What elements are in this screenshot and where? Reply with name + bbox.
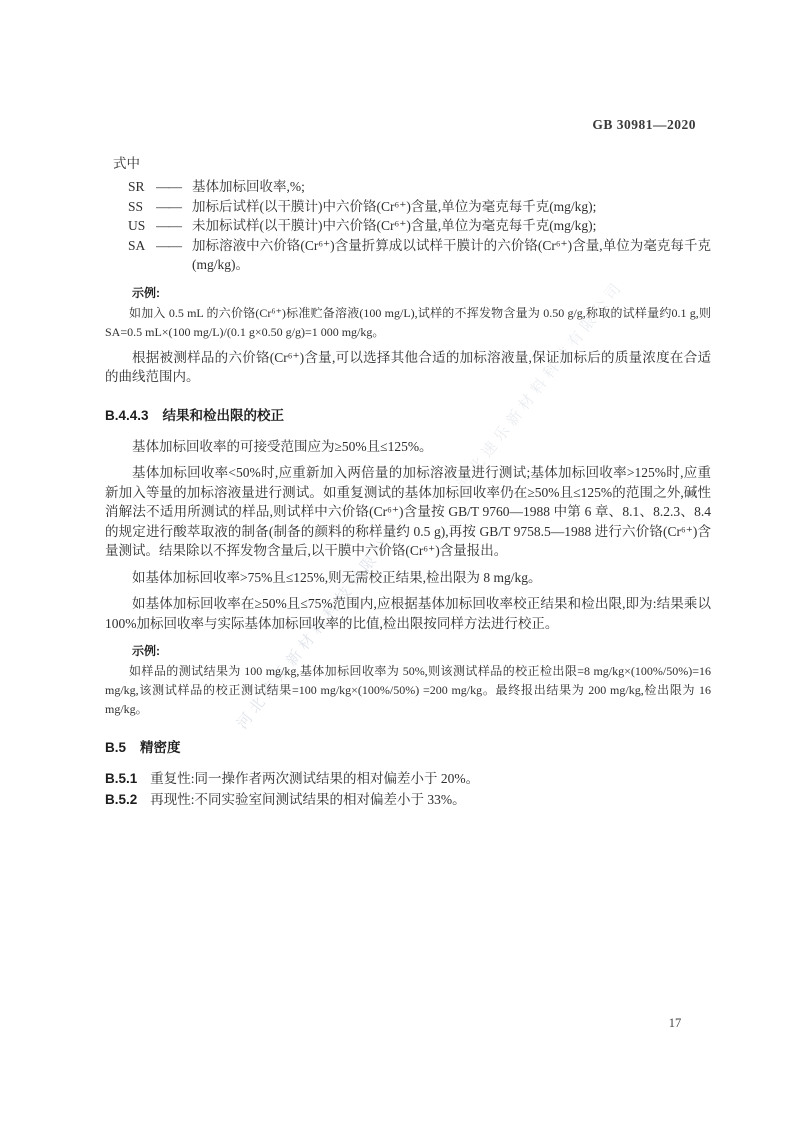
definition-row: SS —— 加标后试样(以干膜计)中六价铬(Cr⁶⁺)含量,单位为毫克每千克(m… bbox=[128, 197, 711, 217]
definition-dash: —— bbox=[156, 177, 192, 197]
clause-b51: B.5.1重复性:同一操作者两次测试结果的相对偏差小于 20%。 bbox=[105, 769, 711, 788]
definition-description: 加标溶液中六价铬(Cr⁶⁺)含量折算成以试样干膜计的六价铬(Cr⁶⁺)含量,单位… bbox=[192, 236, 711, 275]
example-label: 示例: bbox=[132, 642, 711, 659]
definition-row: US —— 未加标试样(以干膜计)中六价铬(Cr⁶⁺)含量,单位为毫克每千克(m… bbox=[128, 216, 711, 236]
clause-text: 重复性:同一操作者两次测试结果的相对偏差小于 20%。 bbox=[150, 771, 479, 786]
definition-dash: —— bbox=[156, 236, 192, 275]
section-title: 精密度 bbox=[140, 740, 181, 755]
clause-number: B.5.1 bbox=[105, 771, 137, 786]
page-number: 17 bbox=[660, 1016, 690, 1031]
definition-term: SS bbox=[128, 197, 156, 217]
definition-description: 加标后试样(以干膜计)中六价铬(Cr⁶⁺)含量,单位为毫克每千克(mg/kg); bbox=[192, 197, 711, 217]
definition-dash: —— bbox=[156, 216, 192, 236]
definition-dash: —— bbox=[156, 197, 192, 217]
section-number: B.4.4.3 bbox=[105, 408, 149, 423]
paragraph-solution-curve: 根据被测样品的六价铬(Cr⁶⁺)含量,可以选择其他合适的加标溶液量,保证加标后的… bbox=[105, 348, 711, 387]
paragraph-acceptable-range: 基体加标回收率的可接受范围应为≥50%且≤125%。 bbox=[105, 437, 711, 457]
example-label: 示例: bbox=[132, 284, 711, 301]
definition-row: SR —— 基体加标回收率,%; bbox=[128, 177, 711, 197]
definition-term: SA bbox=[128, 236, 156, 275]
example-text: 如样品的测试结果为 100 mg/kg,基体加标回收率为 50%,则该测试样品的… bbox=[105, 662, 711, 719]
definition-description: 未加标试样(以干膜计)中六价铬(Cr⁶⁺)含量,单位为毫克每千克(mg/kg); bbox=[192, 216, 711, 236]
paragraph-no-correction: 如基体加标回收率>75%且≤125%,则无需校正结果,检出限为 8 mg/kg。 bbox=[105, 568, 711, 588]
clause-b52: B.5.2再现性:不同实验室间测试结果的相对偏差小于 33%。 bbox=[105, 790, 711, 809]
document-page: 河北速乐新材料科技有限公司 河北速乐新材料科技有限公司 GB 30981—202… bbox=[0, 0, 800, 1131]
paragraph-retest-procedure: 基体加标回收率<50%时,应重新加入两倍量的加标溶液量进行测试;基体加标回收率>… bbox=[105, 463, 711, 561]
definition-description: 基体加标回收率,%; bbox=[192, 177, 711, 197]
section-title: 结果和检出限的校正 bbox=[163, 408, 285, 423]
clause-text: 再现性:不同实验室间测试结果的相对偏差小于 33%。 bbox=[150, 792, 465, 807]
formula-intro-label: 式中 bbox=[113, 154, 711, 174]
section-number: B.5 bbox=[105, 740, 126, 755]
definition-term: SR bbox=[128, 177, 156, 197]
section-heading-b5: B.5精密度 bbox=[105, 736, 711, 756]
example-text: 如加入 0.5 mL 的六价铬(Cr⁶⁺)标准贮备溶液(100 mg/L),试样… bbox=[105, 304, 711, 342]
paragraph-correction-rule: 如基体加标回收率在≥50%且≤75%范围内,应根据基体加标回收率校正结果和检出限… bbox=[105, 594, 711, 633]
section-heading-b443: B.4.4.3结果和检出限的校正 bbox=[105, 404, 711, 424]
definition-row: SA —— 加标溶液中六价铬(Cr⁶⁺)含量折算成以试样干膜计的六价铬(Cr⁶⁺… bbox=[128, 236, 711, 275]
document-body: 式中 SR —— 基体加标回收率,%; SS —— 加标后试样(以干膜计)中六价… bbox=[105, 154, 711, 811]
clause-number: B.5.2 bbox=[105, 792, 137, 807]
definition-term: US bbox=[128, 216, 156, 236]
standard-code-header: GB 30981—2020 bbox=[0, 117, 696, 133]
symbol-definition-list: SR —— 基体加标回收率,%; SS —— 加标后试样(以干膜计)中六价铬(C… bbox=[128, 177, 711, 275]
